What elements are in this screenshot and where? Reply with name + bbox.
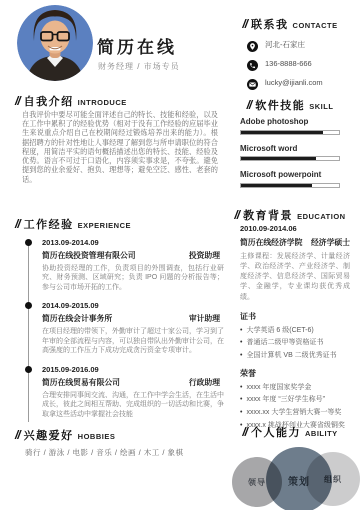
- contact-phone: 136-8888-666: [265, 59, 312, 68]
- experience-date: 2013.09-2014.09: [42, 238, 221, 247]
- section-header-ability: // 个人能力 ABILITY: [228, 424, 352, 440]
- contact-list: 河北-石家庄 136-8888-666 lucky@ijianli.com: [247, 39, 323, 96]
- bullet: •: [240, 409, 242, 417]
- contact-row-location: 河北-石家庄: [247, 39, 323, 50]
- certificates-list: •大学英语 6 级(CET-6) •普通话二级甲等资格证书 •全国计算机 VB …: [240, 327, 350, 360]
- honor-text: xxxx.xx 大学生营销大赛一等奖: [246, 409, 341, 417]
- portrait-illustration: [17, 5, 93, 81]
- honor-text: xxxx 年度 “三好学生称号”: [246, 396, 325, 404]
- section-header-hobbies: // 兴趣爱好 HOBBIES: [15, 427, 115, 443]
- section-header-skill: // 软件技能 SKILL: [228, 97, 352, 113]
- ability-label: 策划: [288, 473, 310, 488]
- certificate-item: •大学英语 6 级(CET-6): [240, 327, 350, 335]
- ability-venn: 领导 策划 组织: [228, 444, 358, 510]
- slashes-decoration: //: [247, 98, 252, 112]
- skill-list: Adobe photoshop Microsoft word Microsoft…: [240, 117, 340, 197]
- slashes-decoration: //: [15, 217, 20, 231]
- contact-email: lucky@ijianli.com: [265, 78, 323, 87]
- resume-page: 简历在线 财务经理 / 市场专员 // 联系我 CONTACTE 河北-石家庄 …: [0, 0, 360, 510]
- certificate-item: •全国计算机 VB 二级优秀证书: [240, 352, 350, 360]
- experience-timeline: 2013.09-2014.09 简历在线投资管理有限公司 投资助理 协助投资经理…: [25, 238, 221, 428]
- candidate-title: 财务经理 / 市场专员: [98, 61, 180, 72]
- section-header-introduce: // 自我介绍 INTRODUCE: [15, 93, 127, 109]
- experience-company: 简历在线投资管理有限公司: [42, 250, 136, 261]
- certificate-text: 全国计算机 VB 二级优秀证书: [246, 352, 336, 360]
- education-degree: 经济学硕士: [311, 237, 350, 248]
- slashes-decoration: //: [242, 17, 247, 31]
- contact-row-phone: 136-8888-666: [247, 58, 323, 69]
- slashes-decoration: //: [15, 428, 20, 442]
- honors-title: 荣誉: [240, 368, 350, 379]
- certificate-item: •普通话二级甲等资格证书: [240, 339, 350, 347]
- contact-location: 河北-石家庄: [265, 39, 305, 50]
- slashes-decoration: //: [234, 208, 239, 222]
- certificate-text: 普通话二级甲等资格证书: [246, 339, 323, 347]
- experience-description: 协助投资经理的工作，负责项目的外围调查，包括行业研究、财务预测、区域研究；负责 …: [42, 264, 224, 292]
- skill-bar-fill: [241, 131, 323, 134]
- ability-label: 领导: [248, 477, 266, 488]
- skill-item: Adobe photoshop: [240, 117, 340, 135]
- experience-company: 简历在线贸易有限公司: [42, 377, 120, 388]
- slashes-decoration: //: [242, 425, 247, 439]
- experience-item: 2013.09-2014.09 简历在线投资管理有限公司 投资助理 协助投资经理…: [25, 238, 221, 292]
- section-title-en: CONTACTE: [293, 21, 338, 30]
- candidate-name: 简历在线: [97, 33, 177, 58]
- experience-description: 在项目经理的带领下，外勤审计了超过十家公司，学习到了年审的全部流程与内容，可以独…: [42, 327, 224, 355]
- education-date: 2010.09-2014.06: [240, 224, 350, 233]
- skill-bar: [240, 130, 340, 135]
- section-title-zh: 联系我: [251, 16, 289, 32]
- section-title-zh: 个人能力: [251, 424, 301, 440]
- contact-row-email: lucky@ijianli.com: [247, 77, 323, 88]
- honors-list: •xxxx 年度国家奖学金 •xxxx 年度 “三好学生称号” •xxxx.xx…: [240, 384, 350, 430]
- profile-photo: [17, 5, 93, 81]
- ability-circle-planning: 策划: [266, 447, 332, 510]
- experience-role: 投资助理: [189, 250, 220, 261]
- honor-text: xxxx 年度国家奖学金: [246, 384, 311, 392]
- section-header-experience: // 工作经验 EXPERIENCE: [15, 216, 131, 232]
- education-description: 主修课程：发展经济学、计量经济学、政治经济学、产业经济学、制度经济学、信息经济学…: [240, 252, 350, 303]
- email-icon: [247, 77, 258, 88]
- education-school: 简历在线经济学院: [240, 237, 302, 248]
- skill-label: Microsoft word: [240, 144, 340, 153]
- section-title-en: EDUCATION: [297, 212, 346, 221]
- hobbies-text: 骑行 / 游泳 / 电影 / 音乐 / 绘画 / 木工 / 象棋: [25, 447, 184, 458]
- skill-label: Microsoft powerpoint: [240, 170, 340, 179]
- phone-icon: [247, 58, 258, 69]
- skill-bar: [240, 183, 340, 188]
- experience-item: 2014.09-2015.09 简历在线会计事务所 审计助理 在项目经理的带领下…: [25, 301, 221, 355]
- timeline-dot: [25, 302, 32, 309]
- section-title-zh: 工作经验: [24, 216, 74, 232]
- experience-role: 行政助理: [189, 377, 220, 388]
- timeline-dot: [25, 366, 32, 373]
- slashes-decoration: //: [15, 94, 20, 108]
- experience-description: 合理安排同事间交流、沟通，在工作中学会生活，在生活中成长，彼此之间相互帮助、完成…: [42, 391, 224, 419]
- location-icon: [247, 39, 258, 50]
- section-title-en: SKILL: [309, 102, 333, 111]
- timeline-dot: [25, 239, 32, 246]
- section-header-education: // 教育背景 EDUCATION: [228, 207, 352, 223]
- honor-item: •xxxx 年度 “三好学生称号”: [240, 396, 350, 404]
- experience-item: 2015.09-2016.09 简历在线贸易有限公司 行政助理 合理安排同事间交…: [25, 365, 221, 419]
- experience-date: 2014.09-2015.09: [42, 301, 221, 310]
- honor-item: •xxxx.xx 大学生营销大赛一等奖: [240, 409, 350, 417]
- bullet: •: [240, 327, 242, 335]
- education-block: 2010.09-2014.06 简历在线经济学院 经济学硕士 主修课程：发展经济…: [240, 224, 350, 438]
- honor-item: •xxxx 年度国家奖学金: [240, 384, 350, 392]
- skill-item: Microsoft word: [240, 144, 340, 162]
- section-title-en: HOBBIES: [78, 432, 116, 441]
- skill-bar-fill: [241, 157, 316, 160]
- skill-item: Microsoft powerpoint: [240, 170, 340, 188]
- skill-bar: [240, 156, 340, 161]
- section-title-zh: 兴趣爱好: [24, 427, 74, 443]
- section-header-contact: // 联系我 CONTACTE: [228, 16, 352, 32]
- experience-date: 2015.09-2016.09: [42, 365, 221, 374]
- bullet: •: [240, 396, 242, 404]
- certificates-title: 证书: [240, 311, 350, 322]
- section-title-zh: 自我介绍: [24, 93, 74, 109]
- experience-company: 简历在线会计事务所: [42, 313, 112, 324]
- section-title-en: ABILITY: [305, 429, 338, 438]
- section-title-en: INTRODUCE: [78, 98, 127, 107]
- introduce-paragraph: 自我评价中要尽可能全面评述自己的特长、技能和经验，以及在工作中累积了的经验优势（…: [22, 110, 218, 184]
- section-title-zh: 教育背景: [243, 207, 293, 223]
- section-title-zh: 软件技能: [255, 97, 305, 113]
- bullet: •: [240, 352, 242, 360]
- skill-label: Adobe photoshop: [240, 117, 340, 126]
- section-title-en: EXPERIENCE: [78, 221, 131, 230]
- experience-role: 审计助理: [189, 313, 220, 324]
- certificate-text: 大学英语 6 级(CET-6): [246, 327, 313, 335]
- bullet: •: [240, 384, 242, 392]
- skill-bar-fill: [241, 184, 312, 187]
- bullet: •: [240, 339, 242, 347]
